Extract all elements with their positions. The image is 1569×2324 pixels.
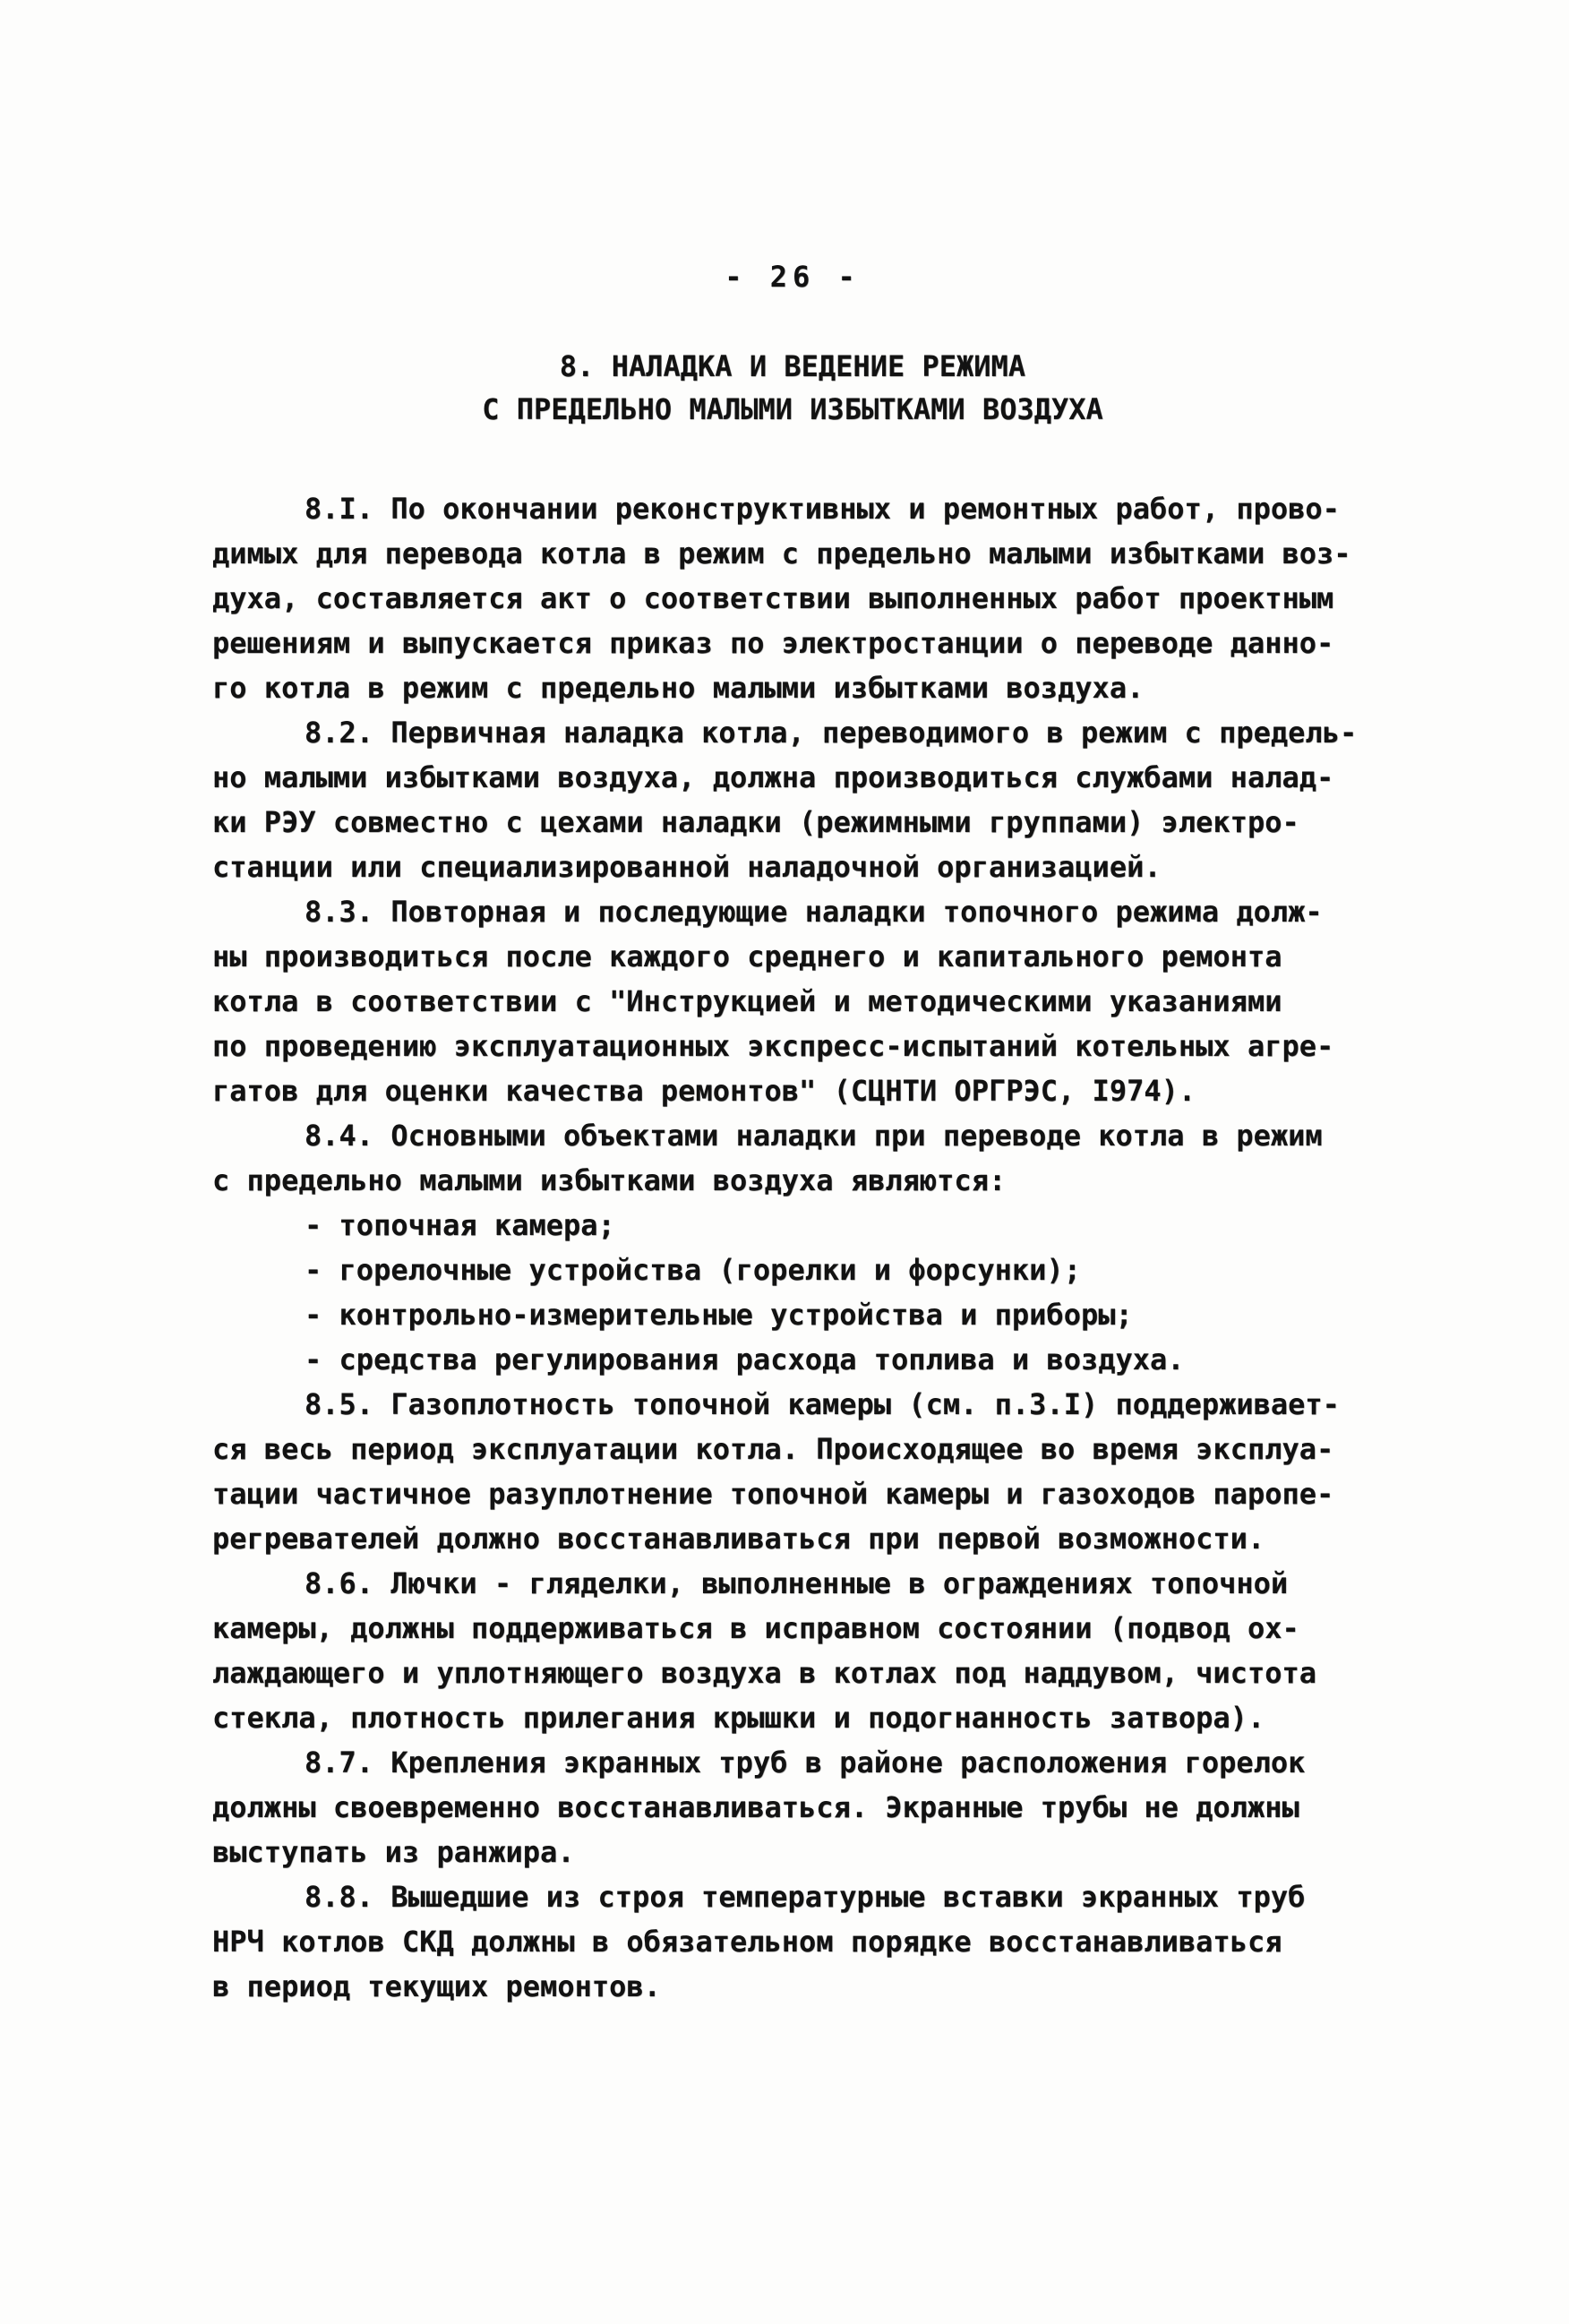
section-heading-line-2: С ПРЕДЕЛЬНО МАЛЫМИ ИЗБЫТКАМИ ВОЗДУХА bbox=[212, 388, 1373, 431]
paragraph-8-4: 8.4. Основными объектами наладки при пер… bbox=[212, 1113, 1373, 1382]
text-line: камеры, должны поддерживаться в исправно… bbox=[212, 1606, 1373, 1651]
text-line: лаждающего и уплотняющего воздуха в котл… bbox=[212, 1651, 1373, 1695]
list-item: - контрольно-измерительные устройства и … bbox=[212, 1292, 1373, 1337]
text-line: котла в соответствии с "Инструкцией и ме… bbox=[212, 979, 1373, 1024]
paragraph-8-6: 8.6. Лючки - гляделки, выполненные в огр… bbox=[212, 1561, 1373, 1740]
text-line: с предельно малыми избытками воздуха явл… bbox=[212, 1158, 1373, 1203]
text-line: решениям и выпускается приказ по электро… bbox=[212, 621, 1373, 665]
section-heading-line-1: 8. НАЛАДКА И ВЕДЕНИЕ РЕЖИМА bbox=[212, 345, 1373, 388]
text-column: - 26 - 8. НАЛАДКА И ВЕДЕНИЕ РЕЖИМА С ПРЕ… bbox=[212, 262, 1373, 2009]
text-line: станции или специализированной наладочно… bbox=[212, 845, 1373, 889]
paragraph-8-5: 8.5. Газоплотность топочной камеры (см. … bbox=[212, 1382, 1373, 1561]
paragraph-8-7: 8.7. Крепления экранных труб в районе ра… bbox=[212, 1740, 1373, 1874]
text-line: по проведению эксплуатационных экспресс-… bbox=[212, 1024, 1373, 1068]
text-line: 8.5. Газоплотность топочной камеры (см. … bbox=[212, 1382, 1373, 1427]
text-line: выступать из ранжира. bbox=[212, 1830, 1373, 1874]
paragraph-8-1: 8.I. По окончании реконструктивных и рем… bbox=[212, 486, 1373, 710]
text-line: 8.3. Повторная и последующие наладки топ… bbox=[212, 889, 1373, 934]
text-line: стекла, плотность прилегания крышки и по… bbox=[212, 1695, 1373, 1740]
paragraph-8-8: 8.8. Вышедшие из строя температурные вст… bbox=[212, 1874, 1373, 2009]
text-line: должны своевременно восстанавливаться. Э… bbox=[212, 1785, 1373, 1830]
text-line: димых для перевода котла в режим с преде… bbox=[212, 531, 1373, 576]
page-number: - 26 - bbox=[212, 262, 1373, 291]
text-line: 8.7. Крепления экранных труб в районе ра… bbox=[212, 1740, 1373, 1785]
text-line: духа, составляется акт о соответствии вы… bbox=[212, 576, 1373, 621]
list-item: - средства регулирования расхода топлива… bbox=[212, 1337, 1373, 1382]
text-line: в период текущих ремонтов. bbox=[212, 1964, 1373, 2009]
text-line: регревателей должно восстанавливаться пр… bbox=[212, 1516, 1373, 1561]
text-line: 8.I. По окончании реконструктивных и рем… bbox=[212, 486, 1373, 531]
list-item: - горелочные устройства (горелки и форсу… bbox=[212, 1248, 1373, 1292]
text-line: но малыми избытками воздуха, должна прои… bbox=[212, 755, 1373, 800]
text-line: гатов для оценки качества ремонтов" (СЦН… bbox=[212, 1068, 1373, 1113]
text-line: тации частичное разуплотнение топочной к… bbox=[212, 1471, 1373, 1516]
text-line: 8.4. Основными объектами наладки при пер… bbox=[212, 1113, 1373, 1158]
text-line: 8.6. Лючки - гляделки, выполненные в огр… bbox=[212, 1561, 1373, 1606]
text-line: 8.2. Первичная наладка котла, переводимо… bbox=[212, 710, 1373, 755]
text-line: НРЧ котлов СКД должны в обязательном пор… bbox=[212, 1919, 1373, 1964]
document-page: - 26 - 8. НАЛАДКА И ВЕДЕНИЕ РЕЖИМА С ПРЕ… bbox=[0, 0, 1569, 2324]
list-item: - топочная камера; bbox=[212, 1203, 1373, 1248]
text-line: 8.8. Вышедшие из строя температурные вст… bbox=[212, 1874, 1373, 1919]
body-text: 8.I. По окончании реконструктивных и рем… bbox=[212, 486, 1373, 2009]
paragraph-8-2: 8.2. Первичная наладка котла, переводимо… bbox=[212, 710, 1373, 889]
section-heading: 8. НАЛАДКА И ВЕДЕНИЕ РЕЖИМА С ПРЕДЕЛЬНО … bbox=[212, 345, 1373, 431]
text-line: ки РЭУ совместно с цехами наладки (режим… bbox=[212, 800, 1373, 845]
text-line: ся весь период эксплуатации котла. Проис… bbox=[212, 1427, 1373, 1471]
text-line: ны производиться после каждого среднего … bbox=[212, 934, 1373, 979]
paragraph-8-3: 8.3. Повторная и последующие наладки топ… bbox=[212, 889, 1373, 1113]
text-line: го котла в режим с предельно малыми избы… bbox=[212, 665, 1373, 710]
